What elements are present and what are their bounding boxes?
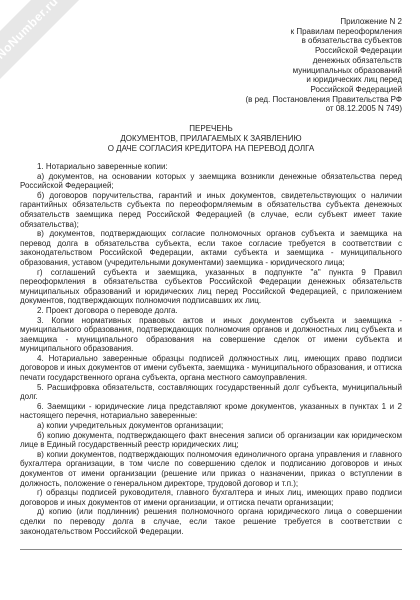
- document-page: NoNumber.ru Приложение N 2 к Правилам пе…: [0, 0, 420, 600]
- paragraph-item-1g: г) соглашений субъекта и заемщика, указа…: [20, 268, 402, 306]
- header-line: к Правилам переоформления: [20, 27, 402, 37]
- header-line: Российской Федерации: [20, 46, 402, 56]
- paragraph-item-6: 6. Заемщики - юридические лица представл…: [20, 402, 402, 421]
- header-line: денежных обязательств: [20, 56, 402, 66]
- header-line: Российской Федерацией: [20, 85, 402, 95]
- paragraph-item-5: 5. Расшифровка обязательств, составляющи…: [20, 383, 402, 402]
- paragraph-item-6a: а) копии учредительных документов органи…: [20, 421, 402, 431]
- paragraph-item-1: 1. Нотариально заверенные копии:: [20, 162, 402, 172]
- header-line: в обязательства субъектов: [20, 36, 402, 46]
- paragraph-item-6g: г) образцы подписей руководителя, главно…: [20, 488, 402, 507]
- title-line: О ДАЧЕ СОГЛАСИЯ КРЕДИТОРА НА ПЕРЕВОД ДОЛ…: [20, 144, 402, 154]
- document-body: 1. Нотариально заверенные копии: а) доку…: [20, 162, 402, 536]
- header-line: муниципальных образований: [20, 66, 402, 76]
- paragraph-item-1a: а) документов, на основании которых у за…: [20, 172, 402, 191]
- header-line: Приложение N 2: [20, 17, 402, 27]
- paragraph-item-4: 4. Нотариально заверенные образцы подпис…: [20, 354, 402, 383]
- paragraph-item-1b: б) договоров поручительства, гарантий и …: [20, 191, 402, 229]
- header-line: (в ред. Постановления Правительства РФ: [20, 95, 402, 105]
- document-header: Приложение N 2 к Правилам переоформления…: [20, 17, 402, 114]
- paragraph-item-6b: б) копию документа, подтверждающего факт…: [20, 431, 402, 450]
- paragraph-item-6v: в) копии документов, подтверждающих полн…: [20, 450, 402, 488]
- header-line: от 08.12.2005 N 749): [20, 104, 402, 114]
- footer-divider: [20, 549, 402, 550]
- title-line: ПЕРЕЧЕНЬ: [20, 124, 402, 134]
- paragraph-item-2: 2. Проект договора о переводе долга.: [20, 306, 402, 316]
- header-line: и юридических лиц перед: [20, 75, 402, 85]
- document-title: ПЕРЕЧЕНЬ ДОКУМЕНТОВ, ПРИЛАГАЕМЫХ К ЗАЯВЛ…: [20, 124, 402, 153]
- paragraph-item-6d: д) копию (или подлинник) решения полномо…: [20, 507, 402, 536]
- title-line: ДОКУМЕНТОВ, ПРИЛАГАЕМЫХ К ЗАЯВЛЕНИЮ: [20, 134, 402, 144]
- paragraph-item-1v: в) документов, подтверждающих согласие п…: [20, 229, 402, 267]
- paragraph-item-3: 3. Копии нормативных правовых актов и ин…: [20, 316, 402, 354]
